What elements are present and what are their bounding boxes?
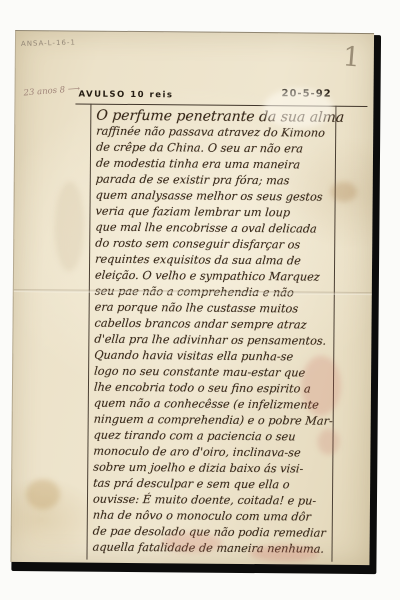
paper-stain (317, 429, 339, 455)
scanned-document: ANSA-L-16-1 1 23 anos 8 ⟶ AVULSO 10 reis… (0, 0, 400, 600)
ruled-frame-left-line (86, 104, 91, 560)
paper-stain (54, 181, 85, 271)
paper-highlight (263, 88, 333, 129)
manuscript-text: O perfume penetrante da sua almaraffinée… (93, 108, 343, 558)
paper-stain (26, 479, 60, 509)
paper-stain (249, 545, 319, 562)
page-number: 1 (342, 41, 362, 73)
header-series-label: AVULSO 10 reis (78, 90, 173, 101)
archival-code-note: ANSA-L-16-1 (21, 39, 76, 48)
age-pencil-note-text: 23 anos 8 (23, 85, 65, 98)
paper-stain (331, 182, 357, 202)
manuscript-page: ANSA-L-16-1 1 23 anos 8 ⟶ AVULSO 10 reis… (10, 30, 374, 565)
age-pencil-note: 23 anos 8 ⟶ (23, 84, 79, 98)
paper-stain (162, 532, 222, 553)
